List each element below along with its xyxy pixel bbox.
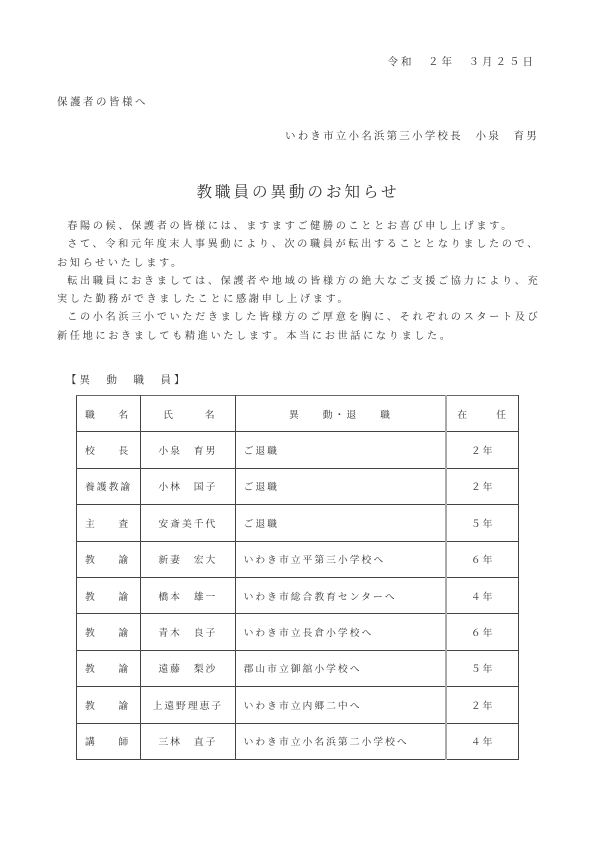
cell-name: 安斎美千代 [141,505,235,541]
sender: いわき市立小名浜第三小学校長 小泉 育男 [285,128,539,143]
cell-tenure: ６年 [446,541,518,577]
cell-position: 教諭 [77,650,141,686]
cell-transfer: いわき市立小名浜第二小学校へ [235,723,446,759]
position-char: 諭 [118,589,130,603]
cell-name: 上遠野理恵子 [141,687,235,723]
section-label: 【異 動 職 員】 [66,372,188,387]
cell-transfer: いわき市立内郷二中へ [235,687,446,723]
paragraph-thanks: 転出職員におきましては、保護者や地域の皆様方の絶大なご支援ご協力により、充実した… [57,273,542,310]
cell-transfer: ご退職 [235,432,446,468]
cell-name: 小泉 育男 [141,432,235,468]
body-text: 春陽の候、保護者の皆様には、ますますご健勝のこととお喜び申し上げます。 さて、令… [57,218,542,346]
table-row: 主査 安斎美千代 ご退職 ５年 [77,505,519,541]
cell-position: 教諭 [77,577,141,613]
cell-tenure: ２年 [446,432,518,468]
position-char: 師 [118,734,130,748]
position-char: 講 [85,734,97,748]
position-char: 教 [85,552,97,566]
cell-transfer: いわき市立長倉小学校へ [235,614,446,650]
table-row: 教諭 新妻 宏大 いわき市立平第三小学校へ ６年 [77,541,519,577]
header-transfer-part: 動・退 [323,407,358,421]
cell-position: 主査 [77,505,141,541]
cell-name: 三林 直子 [141,723,235,759]
header-name-char: 氏 [163,407,175,421]
cell-tenure: ４年 [446,723,518,759]
table-row: 教諭 橋本 雄一 いわき市総合教育センターへ ４年 [77,577,519,613]
position-char: 諭 [118,698,130,712]
paragraph-greeting: 春陽の候、保護者の皆様には、ますますご健勝のこととお喜び申し上げます。 [57,218,542,236]
header-transfer-part: 職 [380,407,392,421]
header-transfer: 異 動・退 職 [235,396,446,432]
paragraph-announcement: さて、令和元年度末人事異動により、次の職員が転出することとなりましたので、お知ら… [57,236,542,273]
cell-tenure: ５年 [446,505,518,541]
cell-name: 小林 国子 [141,468,235,504]
cell-position: 養護教諭 [77,468,141,504]
document-date: 令和 ２年 ３月２５日 [388,54,537,69]
cell-tenure: ２年 [446,468,518,504]
cell-name: 遠藤 梨沙 [141,650,235,686]
position-char: 長 [118,443,130,457]
table-row: 教諭 上遠野理恵子 いわき市立内郷二中へ ２年 [77,687,519,723]
cell-position: 教諭 [77,541,141,577]
cell-transfer: ご退職 [235,505,446,541]
header-tenure-char: 在 [457,407,469,421]
cell-transfer: いわき市総合教育センターへ [235,577,446,613]
position-char: 教 [85,698,97,712]
header-name-char: 名 [205,407,217,421]
document-title: 教職員の異動のお知らせ [0,180,596,202]
position-char: 教 [85,625,97,639]
header-tenure-char: 任 [496,407,508,421]
cell-position: 講師 [77,723,141,759]
header-position-char: 職 [85,407,97,421]
header-position: 職 名 [77,396,141,432]
cell-transfer: いわき市立平第三小学校へ [235,541,446,577]
position-char: 諭 [118,661,130,675]
header-name: 氏 名 [141,396,235,432]
position-char: 諭 [118,625,130,639]
addressee: 保護者の皆様へ [57,94,148,109]
cell-name: 青木 良子 [141,614,235,650]
table-row: 講師 三林 直子 いわき市立小名浜第二小学校へ ４年 [77,723,519,759]
cell-position: 教諭 [77,687,141,723]
cell-name: 橋本 雄一 [141,577,235,613]
cell-transfer: 郡山市立御舘小学校へ [235,650,446,686]
table-header-row: 職 名 氏 名 異 動・退 職 在 任 [77,396,519,432]
cell-name: 新妻 宏大 [141,541,235,577]
cell-transfer: ご退職 [235,468,446,504]
cell-tenure: ２年 [446,687,518,723]
position-char: 主 [85,516,97,530]
cell-position: 校長 [77,432,141,468]
cell-tenure: ６年 [446,614,518,650]
table-row: 教諭 遠藤 梨沙 郡山市立御舘小学校へ ５年 [77,650,519,686]
position-char: 校 [85,443,97,457]
header-position-char: 名 [118,407,130,421]
position-char: 教 [85,661,97,675]
position-char: 査 [118,516,130,530]
table-row: 教諭 青木 良子 いわき市立長倉小学校へ ６年 [77,614,519,650]
staff-transfer-table: 職 名 氏 名 異 動・退 職 在 任 校長 小泉 育男 ご退職 [76,395,519,760]
position-char: 教 [85,589,97,603]
table-row: 校長 小泉 育男 ご退職 ２年 [77,432,519,468]
paragraph-closing: この小名浜三小でいただきました皆様方のご厚意を胸に、それぞれのスタート及び新任地… [57,309,542,346]
header-transfer-part: 異 [289,407,301,421]
position-text: 養護教諭 [85,482,132,493]
position-char: 諭 [118,552,130,566]
table-row: 養護教諭 小林 国子 ご退職 ２年 [77,468,519,504]
header-tenure: 在 任 [446,396,518,432]
cell-tenure: ５年 [446,650,518,686]
cell-position: 教諭 [77,614,141,650]
cell-tenure: ４年 [446,577,518,613]
